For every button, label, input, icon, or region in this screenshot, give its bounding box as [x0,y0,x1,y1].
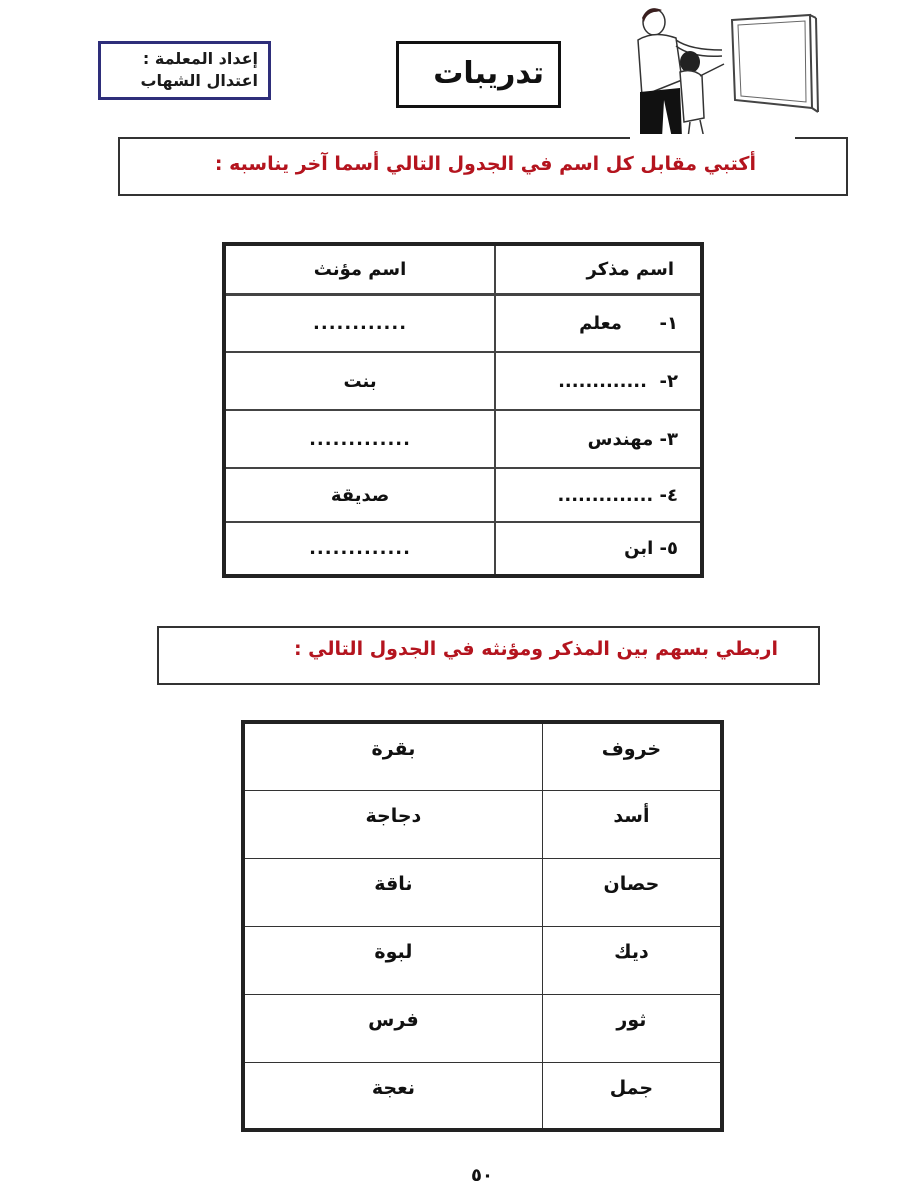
feminine-cell[interactable]: صديقة [224,468,495,522]
masculine-word[interactable]: خروف [542,722,722,790]
feminine-word[interactable]: نعجة [243,1062,542,1130]
column-header-masculine: اسم مذكر [495,244,702,294]
feminine-cell[interactable]: ............. [224,410,495,468]
illustration-overlap [630,134,795,140]
masculine-cell[interactable]: ٢- ............. [495,352,702,410]
table-row: جمل نعجة [243,1062,722,1130]
exercise-1-instruction: أكتبي مقابل كل اسم في الجدول التالي أسما… [118,137,848,196]
table-row: حصان ناقة [243,858,722,926]
masculine-cell[interactable]: ١- معلم [495,294,702,352]
prepared-by-label: إعداد المعلمة : [109,48,258,70]
column-header-feminine: اسم مؤنث [224,244,495,294]
table-row: ٤- .............. صديقة [224,468,702,522]
table-row: ثور فرس [243,994,722,1062]
table-row: ديك لبوة [243,926,722,994]
masculine-word[interactable]: أسد [542,790,722,858]
table-row: ٢- ............. بنت [224,352,702,410]
prepared-by-box: إعداد المعلمة : اعتدال الشهاب [98,41,271,100]
masculine-feminine-fill-table: اسم مذكر اسم مؤنث ١- معلم ............ ٢… [222,242,704,578]
masculine-word[interactable]: ثور [542,994,722,1062]
masculine-cell[interactable]: ٥- ابن [495,522,702,576]
masculine-word[interactable]: حصان [542,858,722,926]
page-title: تدريبات [396,41,561,108]
feminine-cell[interactable]: ............. [224,522,495,576]
masculine-cell[interactable]: ٣- مهندس [495,410,702,468]
feminine-word[interactable]: فرس [243,994,542,1062]
exercise-2-instruction: اربطي بسهم بين المذكر ومؤنثه في الجدول ا… [157,626,820,685]
feminine-word[interactable]: لبوة [243,926,542,994]
feminine-word[interactable]: ناقة [243,858,542,926]
feminine-word[interactable]: بقرة [243,722,542,790]
matching-table: خروف بقرة أسد دجاجة حصان ناقة ديك لبوة ث… [241,720,724,1132]
table-row: ٣- مهندس ............. [224,410,702,468]
teacher-and-student-at-board-icon [620,0,840,140]
table-row: ٥- ابن ............. [224,522,702,576]
masculine-word[interactable]: ديك [542,926,722,994]
table-row: خروف بقرة [243,722,722,790]
masculine-cell[interactable]: ٤- .............. [495,468,702,522]
feminine-word[interactable]: دجاجة [243,790,542,858]
table-header-row: اسم مذكر اسم مؤنث [224,244,702,294]
page-number: ٥٠ [462,1165,502,1186]
table-row: ١- معلم ............ [224,294,702,352]
feminine-cell[interactable]: ............ [224,294,495,352]
masculine-word[interactable]: جمل [542,1062,722,1130]
table-row: أسد دجاجة [243,790,722,858]
teacher-name: اعتدال الشهاب [109,70,258,92]
feminine-cell[interactable]: بنت [224,352,495,410]
